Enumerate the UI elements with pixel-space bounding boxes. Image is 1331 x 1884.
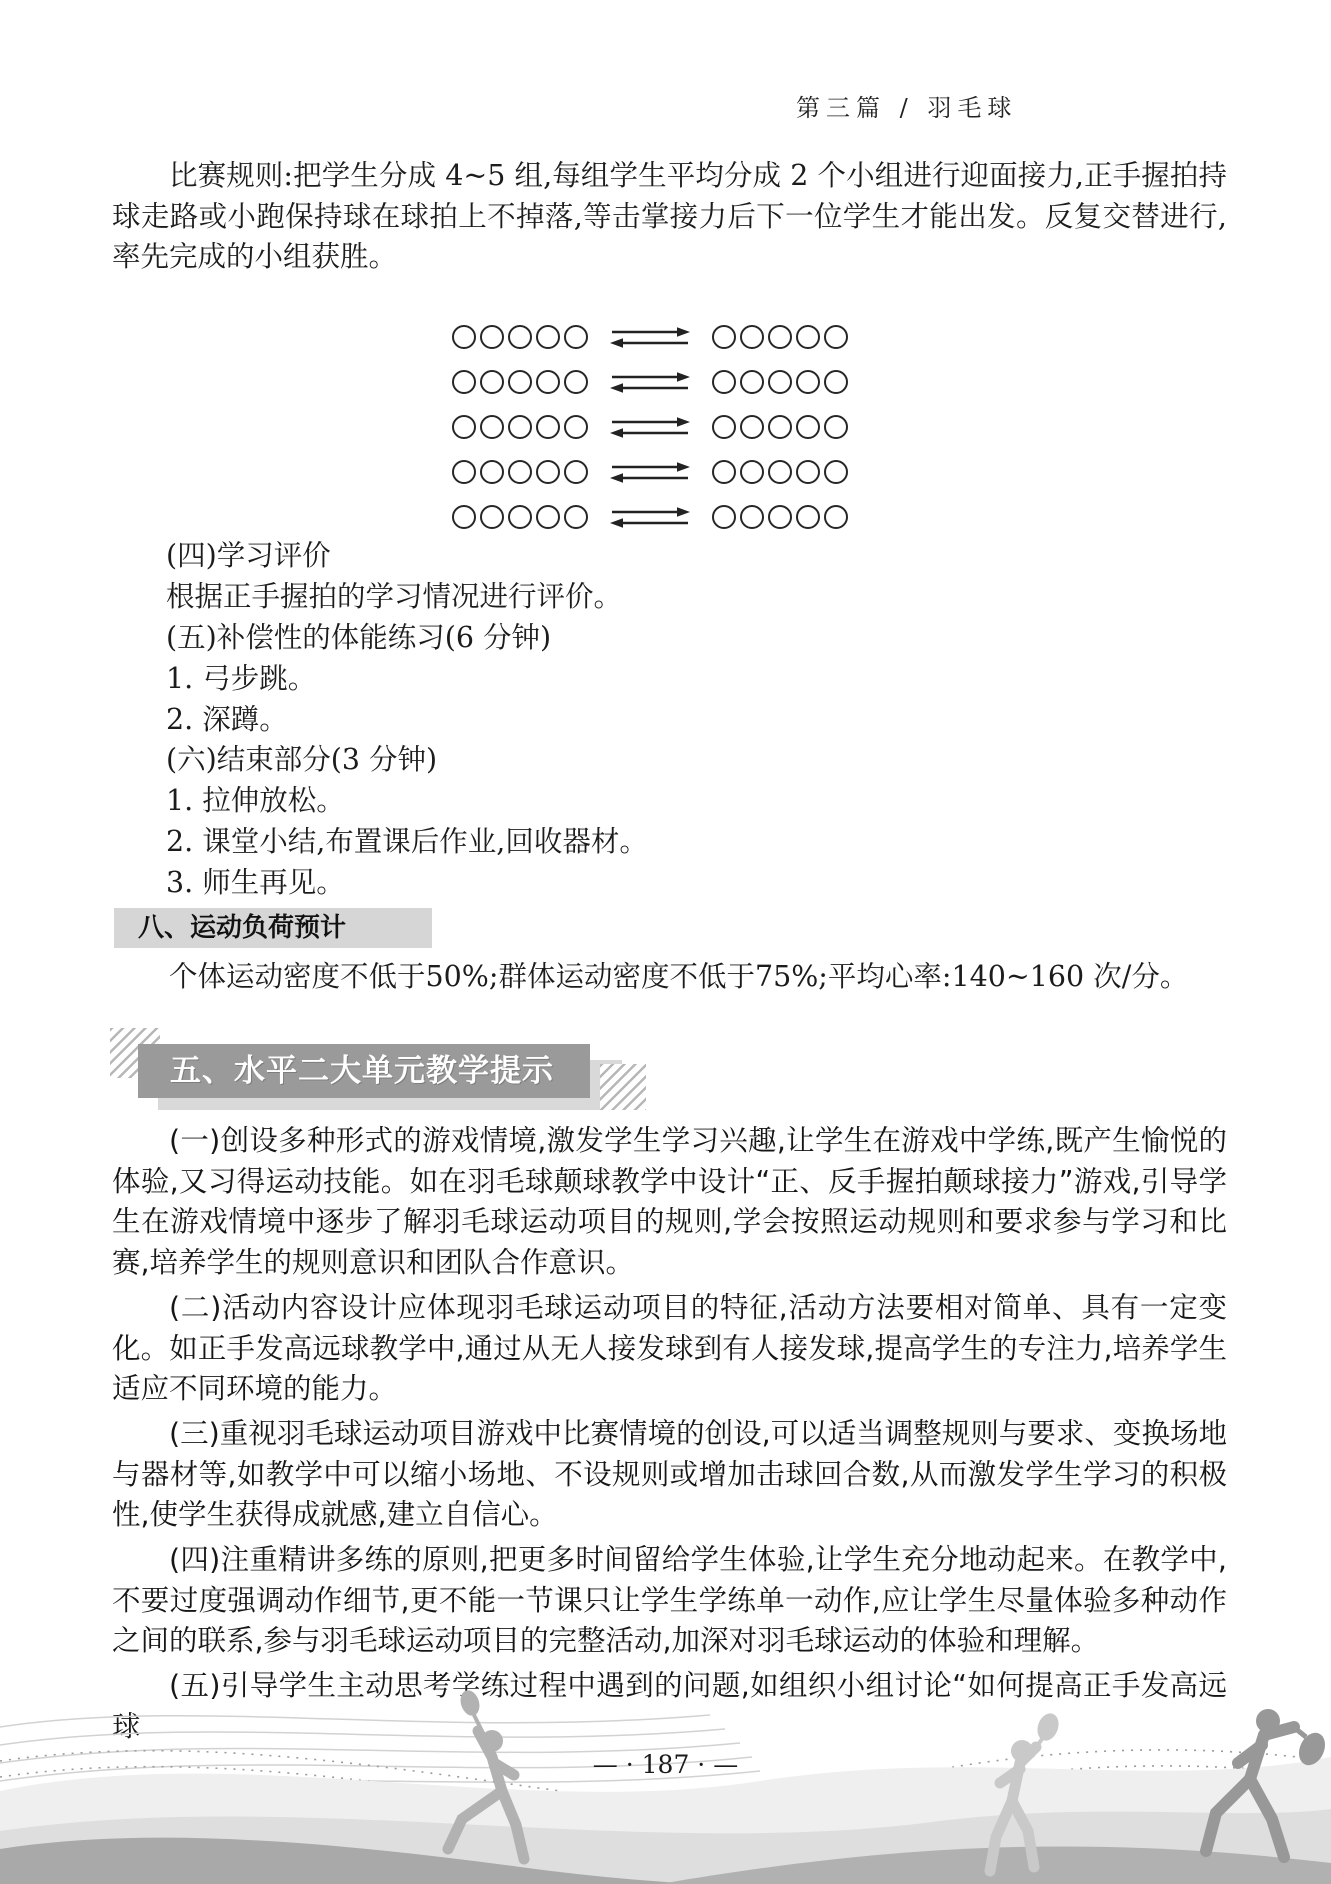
student-circle	[712, 370, 736, 394]
student-circle	[564, 460, 588, 484]
student-circle	[564, 415, 588, 439]
double-arrow-icon	[610, 458, 690, 486]
book-page: 第三篇 / 羽毛球 比赛规则:把学生分成 4~5 组,每组学生平均分成 2 个小…	[0, 0, 1331, 1884]
student-circle	[712, 505, 736, 529]
student-circle	[452, 325, 476, 349]
section-title-banner: 五、水平二大单元教学提示	[138, 1044, 590, 1098]
student-circle	[824, 415, 848, 439]
student-circle	[796, 370, 820, 394]
student-group	[452, 325, 588, 349]
relay-arrows	[610, 323, 690, 351]
student-circle	[712, 415, 736, 439]
paragraph: (二)活动内容设计应体现羽毛球运动项目的特征,活动方法要相对简单、具有一定变化。…	[112, 1288, 1227, 1410]
paragraph: (四)注重精讲多练的原则,把更多时间留给学生体验,让学生充分地动起来。在教学中,…	[112, 1540, 1227, 1662]
student-circle	[480, 460, 504, 484]
relay-arrows	[610, 458, 690, 486]
student-circle	[740, 325, 764, 349]
list-item: 根据正手握拍的学习情况进行评价。	[166, 577, 1166, 618]
relay-diagram	[452, 314, 848, 539]
student-circle	[796, 505, 820, 529]
rules-paragraph: 比赛规则:把学生分成 4~5 组,每组学生平均分成 2 个小组进行迎面接力,正手…	[112, 156, 1227, 278]
list-item: 2. 深蹲。	[166, 700, 1166, 741]
student-circle	[536, 460, 560, 484]
student-circle	[796, 460, 820, 484]
student-circle	[768, 370, 792, 394]
student-circle	[824, 370, 848, 394]
student-circle	[508, 415, 532, 439]
student-circle	[508, 505, 532, 529]
student-group	[712, 415, 848, 439]
double-arrow-icon	[610, 368, 690, 396]
student-circle	[564, 370, 588, 394]
student-circle	[508, 460, 532, 484]
list-item: (四)学习评价	[166, 536, 1166, 577]
student-circle	[768, 505, 792, 529]
student-group	[452, 370, 588, 394]
student-circle	[508, 370, 532, 394]
student-circle	[740, 460, 764, 484]
diagram-row	[452, 359, 848, 404]
student-circle	[768, 415, 792, 439]
student-circle	[452, 505, 476, 529]
student-circle	[536, 325, 560, 349]
student-group	[452, 415, 588, 439]
student-group	[452, 460, 588, 484]
student-circle	[536, 415, 560, 439]
relay-arrows	[610, 503, 690, 531]
student-circle	[712, 325, 736, 349]
list-item: 3. 师生再见。	[166, 863, 1166, 904]
diagram-row	[452, 404, 848, 449]
load-section-heading: 八、运动负荷预计	[114, 908, 432, 948]
load-section-banner: 八、运动负荷预计	[114, 908, 432, 948]
student-circle	[564, 505, 588, 529]
double-arrow-icon	[610, 503, 690, 531]
student-circle	[452, 415, 476, 439]
student-circle	[712, 460, 736, 484]
double-arrow-icon	[610, 413, 690, 441]
paragraph: (三)重视羽毛球运动项目游戏中比赛情境的创设,可以适当调整规则与要求、变换场地与…	[112, 1414, 1227, 1536]
student-circle	[824, 505, 848, 529]
student-circle	[452, 370, 476, 394]
lesson-list: (四)学习评价 根据正手握拍的学习情况进行评价。 (五)补偿性的体能练习(6 分…	[166, 536, 1166, 904]
student-group	[712, 325, 848, 349]
student-circle	[824, 325, 848, 349]
paragraph: (一)创设多种形式的游戏情境,激发学生学习兴趣,让学生在游戏中学练,既产生愉悦的…	[112, 1121, 1227, 1284]
student-group	[712, 505, 848, 529]
list-item: (五)补偿性的体能练习(6 分钟)	[166, 618, 1166, 659]
student-group	[712, 460, 848, 484]
student-circle	[480, 505, 504, 529]
student-circle	[768, 325, 792, 349]
student-circle	[740, 505, 764, 529]
diagram-row	[452, 314, 848, 359]
student-circle	[740, 415, 764, 439]
student-circle	[508, 325, 532, 349]
student-circle	[768, 460, 792, 484]
page-number: — · 187 · —	[0, 1750, 1331, 1779]
student-circle	[480, 325, 504, 349]
diagonal-hatch-decoration-icon	[600, 1064, 646, 1110]
student-circle	[480, 370, 504, 394]
student-circle	[536, 505, 560, 529]
section-title: 五、水平二大单元教学提示	[138, 1044, 590, 1098]
diagram-row	[452, 494, 848, 539]
student-circle	[796, 415, 820, 439]
student-circle	[480, 415, 504, 439]
list-item: (六)结束部分(3 分钟)	[166, 740, 1166, 781]
student-circle	[824, 460, 848, 484]
student-circle	[536, 370, 560, 394]
student-circle	[740, 370, 764, 394]
list-item: 1. 拉伸放松。	[166, 781, 1166, 822]
list-item: 2. 课堂小结,布置课后作业,回收器材。	[166, 822, 1166, 863]
diagram-row	[452, 449, 848, 494]
student-circle	[452, 460, 476, 484]
running-header: 第三篇 / 羽毛球	[796, 88, 1017, 123]
relay-arrows	[610, 413, 690, 441]
student-circle	[564, 325, 588, 349]
student-group	[712, 370, 848, 394]
double-arrow-icon	[610, 323, 690, 351]
relay-arrows	[610, 368, 690, 396]
load-paragraph: 个体运动密度不低于50%;群体运动密度不低于75%;平均心率:140~160 次…	[112, 957, 1227, 998]
student-circle	[796, 325, 820, 349]
student-group	[452, 505, 588, 529]
section-paragraphs: (一)创设多种形式的游戏情境,激发学生学习兴趣,让学生在游戏中学练,既产生愉悦的…	[112, 1121, 1227, 1752]
list-item: 1. 弓步跳。	[166, 659, 1166, 700]
